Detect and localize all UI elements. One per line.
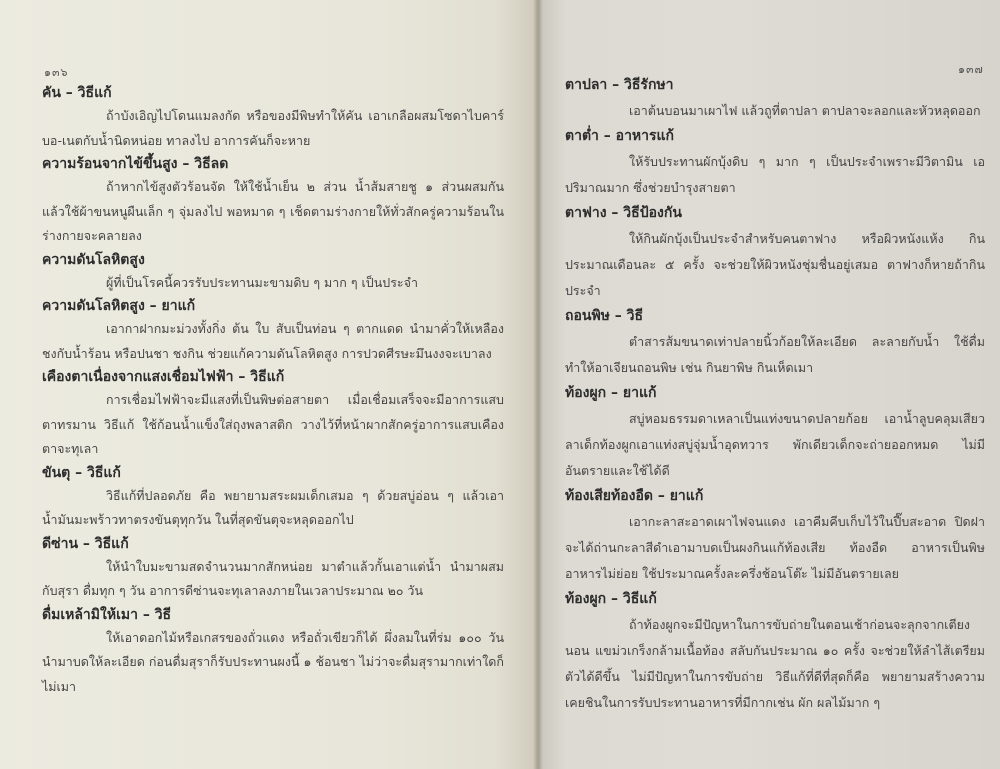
entry-heading: ตาปลา – วิธีรักษา	[565, 73, 985, 98]
entry: ขันตุ – วิธีแก้ วิธีแก้ที่ปลอดภัย คือ พย…	[42, 462, 504, 533]
entry-body: ถ้าท้องผูกจะมีปัญหาในการขับถ่ายในตอนเช้า…	[565, 612, 985, 716]
entry: ตาฟาง – วิธีป้องกัน ให้กินผักบุ้งเป็นประ…	[565, 201, 985, 304]
entry-heading: ความร้อนจากไข้ขึ้นสูง – วิธีลด	[42, 153, 504, 175]
entry-heading: ดีซ่าน – วิธีแก้	[42, 533, 504, 555]
entry-body: ให้นำใบมะขามสดจำนวนมากสักหน่อย มาตำแล้วก…	[42, 555, 504, 604]
entry-heading: ท้องผูก – วิธีแก้	[565, 587, 985, 612]
entry-body: เอากะลาสะอาดเผาไฟจนแดง เอาคีมคีบเก็บไว้ใ…	[565, 509, 985, 587]
entry-body: เอากาฝากมะม่วงทั้งกิ่ง ต้น ใบ สับเป็นท่อ…	[42, 317, 504, 366]
entry-body: ให้รับประทานผักบุ้งดิบ ๆ มาก ๆ เป็นประจำ…	[565, 149, 985, 201]
left-page-content: คัน – วิธีแก้ ถ้าบังเอิญไปโดนแมลงกัด หรื…	[42, 82, 504, 699]
entry-heading: ตาฟาง – วิธีป้องกัน	[565, 201, 985, 226]
entry-body: การเชื่อมไฟฟ้าจะมีแสงที่เป็นพิษต่อสายตา …	[42, 388, 504, 462]
entry-body: เอาต้นบอนมาเผาไฟ แล้วถูที่ตาปลา ตาปลาจะล…	[565, 98, 985, 124]
right-page-content: ตาปลา – วิธีรักษา เอาต้นบอนมาเผาไฟ แล้วถ…	[565, 73, 985, 716]
entry: ความดันโลหิตสูง – ยาแก้ เอากาฝากมะม่วงทั…	[42, 295, 504, 366]
entry: ความดันโลหิตสูง ผู้ที่เป็นโรคนี้ควรรับปร…	[42, 249, 504, 296]
entry-heading: ท้องเสียท้องอืด – ยาแก้	[565, 484, 985, 509]
entry: ท้องผูก – ยาแก้ สบู่หอมธรรมดาเหลาเป็นแท่…	[565, 381, 985, 484]
entry-body: ตำสารส้มขนาดเท่าปลายนิ้วก้อยให้ละเอียด ล…	[565, 329, 985, 381]
entry: ตาต่ำ – อาหารแก้ ให้รับประทานผักบุ้งดิบ …	[565, 124, 985, 201]
entry-heading: ดื่มเหล้ามิให้เมา – วิธี	[42, 604, 504, 626]
entry-heading: ถอนพิษ – วิธี	[565, 304, 985, 329]
left-page: ๑๓๖ คัน – วิธีแก้ ถ้าบังเอิญไปโดนแมลงกัด…	[0, 0, 538, 769]
entry-body: ให้เอาดอกไม้หรือเกสรของถั่วแดง หรือถั่วเ…	[42, 626, 504, 700]
entry: ท้องผูก – วิธีแก้ ถ้าท้องผูกจะมีปัญหาในก…	[565, 587, 985, 716]
entry-heading: คัน – วิธีแก้	[42, 82, 504, 104]
entry: ท้องเสียท้องอืด – ยาแก้ เอากะลาสะอาดเผาไ…	[565, 484, 985, 587]
entry: ตาปลา – วิธีรักษา เอาต้นบอนมาเผาไฟ แล้วถ…	[565, 73, 985, 124]
entry: เคืองตาเนื่องจากแสงเชื่อมไฟฟ้า – วิธีแก้…	[42, 366, 504, 462]
page-number-left: ๑๓๖	[44, 63, 68, 81]
entry: ถอนพิษ – วิธี ตำสารส้มขนาดเท่าปลายนิ้วก้…	[565, 304, 985, 381]
entry-body: ให้กินผักบุ้งเป็นประจำสำหรับคนตาฟาง หรือ…	[565, 226, 985, 304]
entry-heading: เคืองตาเนื่องจากแสงเชื่อมไฟฟ้า – วิธีแก้	[42, 366, 504, 388]
entry-heading: ขันตุ – วิธีแก้	[42, 462, 504, 484]
entry-body: ถ้าหากไข้สูงตัวร้อนจัด ให้ใช้น้ำเย็น ๒ ส…	[42, 175, 504, 249]
entry: ดีซ่าน – วิธีแก้ ให้นำใบมะขามสดจำนวนมากส…	[42, 533, 504, 604]
entry-heading: ความดันโลหิตสูง – ยาแก้	[42, 295, 504, 317]
right-page: ๑๓๗ ตาปลา – วิธีรักษา เอาต้นบอนมาเผาไฟ แ…	[538, 0, 1000, 769]
entry: คัน – วิธีแก้ ถ้าบังเอิญไปโดนแมลงกัด หรื…	[42, 82, 504, 153]
entry-heading: ท้องผูก – ยาแก้	[565, 381, 985, 406]
entry: ความร้อนจากไข้ขึ้นสูง – วิธีลด ถ้าหากไข้…	[42, 153, 504, 249]
entry-heading: ความดันโลหิตสูง	[42, 249, 504, 271]
entry-body: วิธีแก้ที่ปลอดภัย คือ พยายามสระผมเด็กเสม…	[42, 484, 504, 533]
entry-body: สบู่หอมธรรมดาเหลาเป็นแท่งขนาดปลายก้อย เอ…	[565, 406, 985, 484]
entry-heading: ตาต่ำ – อาหารแก้	[565, 124, 985, 149]
entry-body: ถ้าบังเอิญไปโดนแมลงกัด หรือของมีพิษทำให้…	[42, 104, 504, 153]
book-gutter	[533, 0, 543, 769]
entry-body: ผู้ที่เป็นโรคนี้ควรรับประทานมะขามดิบ ๆ ม…	[42, 271, 504, 296]
entry: ดื่มเหล้ามิให้เมา – วิธี ให้เอาดอกไม้หรื…	[42, 604, 504, 700]
